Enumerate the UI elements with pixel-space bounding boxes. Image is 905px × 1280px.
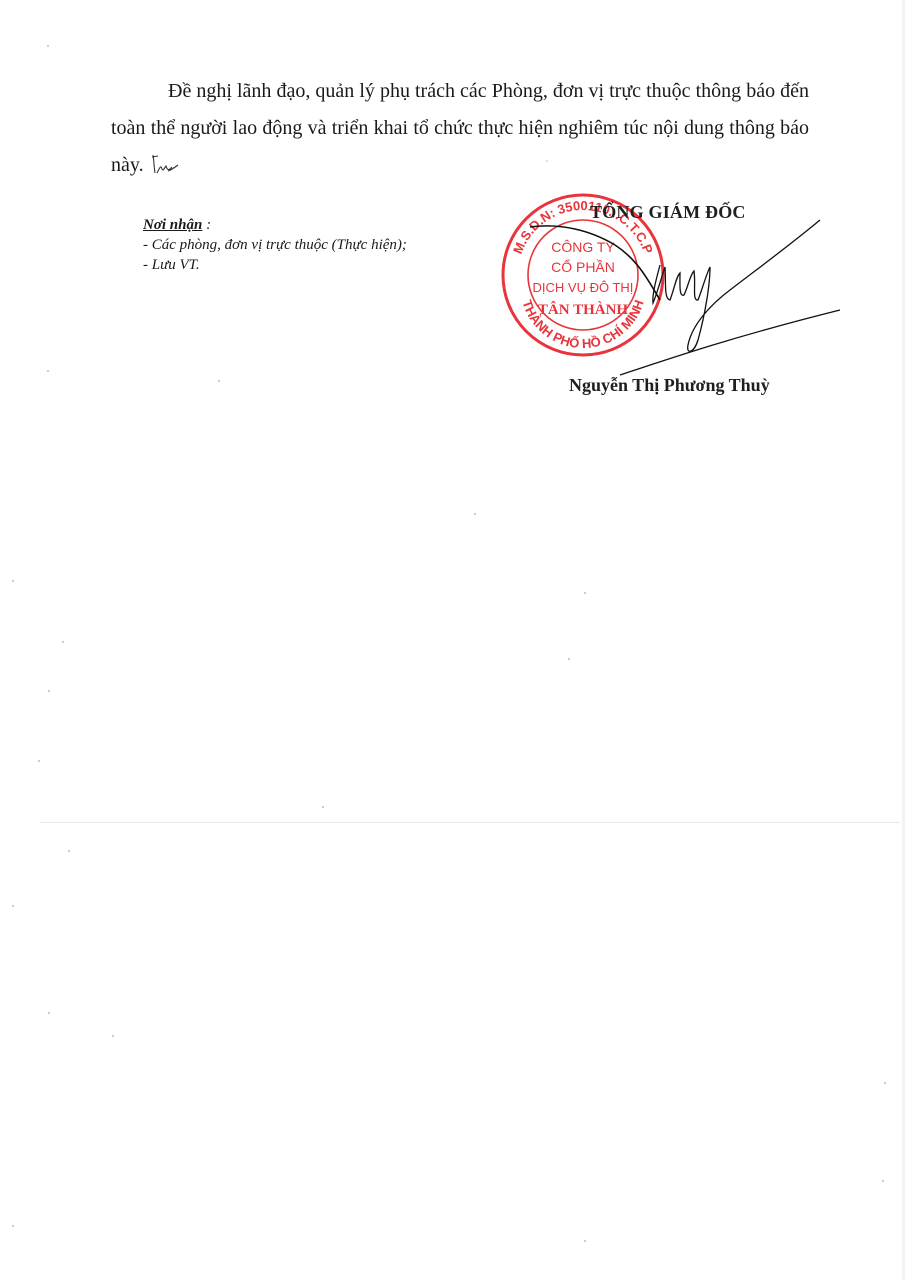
document-page: Đề nghị lãnh đạo, quản lý phụ trách các … [0,0,905,1280]
recipients-heading-line: Nơi nhận : [143,215,407,235]
scan-speck [48,1012,50,1014]
scan-speck [38,760,40,762]
scan-speck [474,513,476,515]
scan-speck [584,592,586,594]
initials-mark-icon [150,153,180,175]
recipient-item: - Các phòng, đơn vị trực thuộc (Thực hiệ… [143,235,407,255]
scan-speck [12,580,14,582]
body-paragraph: Đề nghị lãnh đạo, quản lý phụ trách các … [111,73,809,184]
scan-speck [62,641,64,643]
scan-speck [112,1035,114,1037]
scan-speck [48,690,50,692]
scan-speck [12,1225,14,1227]
handwritten-signature-icon [520,205,850,385]
scan-speck [882,1180,884,1182]
scan-speck [884,1082,886,1084]
body-paragraph-text: Đề nghị lãnh đạo, quản lý phụ trách các … [111,80,809,176]
scan-speck [322,806,324,808]
scan-speck [218,380,220,382]
recipient-item: - Lưu VT. [143,255,407,275]
recipients-heading: Nơi nhận [143,217,202,233]
scan-speck [546,160,548,162]
scan-artifact-line [40,822,900,823]
scan-speck [47,45,49,47]
scan-speck [12,905,14,907]
scan-speck [68,850,70,852]
scan-speck [47,370,49,372]
scan-speck [584,1240,586,1242]
scan-speck [568,658,570,660]
recipients-block: Nơi nhận : - Các phòng, đơn vị trực thuộ… [143,215,407,275]
recipients-colon: : [202,217,211,233]
